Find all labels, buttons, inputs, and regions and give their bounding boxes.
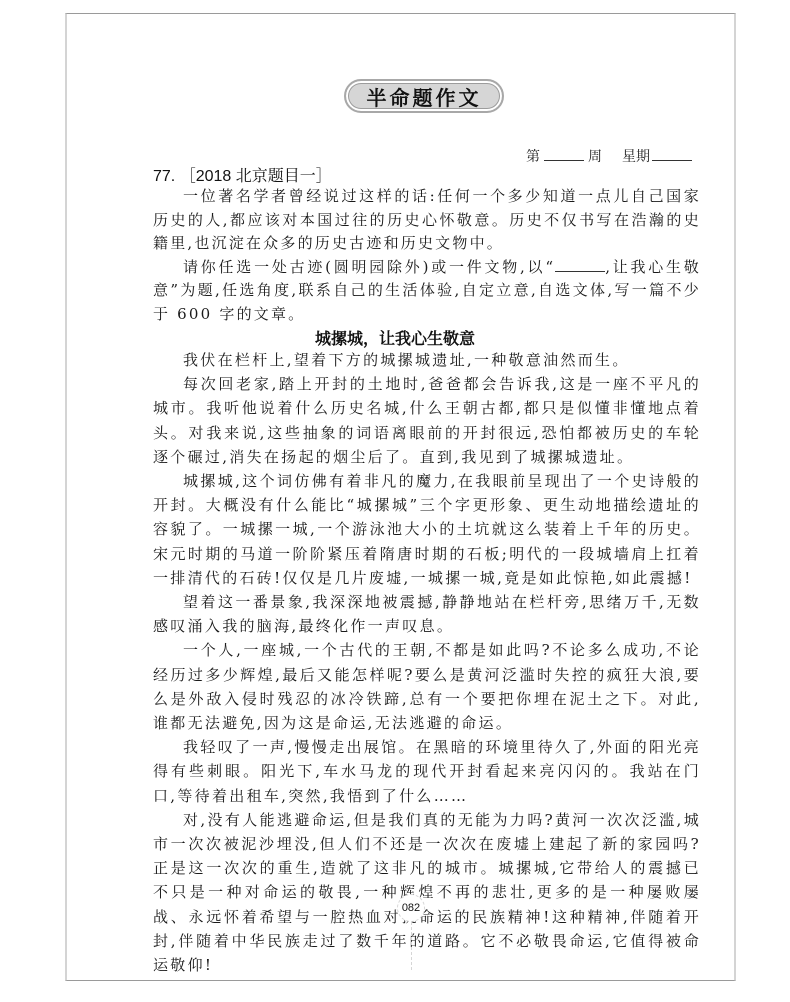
prompt-instructions-start: 请你任选一处古迹(圆明园除外)或一件文物,以“ [183,258,555,276]
question-prompt: 一位著名学者曾经说过这样的话:任何一个多少知道一点儿自己国家历史的人,都应该对本… [153,185,701,326]
week-blank [544,146,584,161]
essay-paragraph: 一个人,一座城,一个古代的王朝,不都是如此吗?不论多么成功,不论经历过多少辉煌,… [153,638,701,735]
essay-title: 城摞城，让我心生敬意 [0,326,790,349]
essay-paragraph: 我轻叹了一声,慢慢走出展馆。在黑暗的环境里待久了,外面的阳光亮得有些刺眼。阳光下… [153,735,701,808]
prompt-paragraph: 一位著名学者曾经说过这样的话:任何一个多少知道一点儿自己国家历史的人,都应该对本… [153,185,701,256]
page-number-stem [411,922,412,970]
essay-paragraph: 对,没有人能逃避命运,但是我们真的无能为力吗?黄河一次次泛滥,城市一次次被泥沙埋… [153,808,701,977]
essay-body: 我伏在栏杆上,望着下方的城摞城遗址,一种敬意油然而生。 每次回老家,踏上开封的土… [153,348,701,977]
page-number-badge: 082 [397,894,425,922]
weekday-label: 星期 [622,149,650,165]
question-header: 77. ［2018 北京题目一］ [153,163,332,186]
weekday-blank [652,146,692,161]
week-prefix: 第 [526,149,540,165]
essay-paragraph: 望着这一番景象,我深深地被震撼,静静地站在栏杆旁,思绪万千,无数感叹涌入我的脑海… [153,590,701,638]
essay-paragraph: 我伏在栏杆上,望着下方的城摞城遗址,一种敬意油然而生。 [153,348,701,372]
essay-paragraph: 每次回老家,踏上开封的土地时,爸爸都会告诉我,这是一座不平凡的城市。我听他说着什… [153,372,701,469]
section-title-badge: 半命题作文 [344,79,504,113]
essay-paragraph: 城摞城,这个词仿佛有着非凡的魔力,在我眼前呈现出了一个史诗般的开封。大概没有什么… [153,469,701,590]
week-suffix: 周 [588,149,602,165]
prompt-instructions: 请你任选一处古迹(圆明园除外)或一件文物,以“,让我心生敬意”为题,任选角度,联… [153,256,701,327]
title-blank [555,257,605,272]
week-day-fill-line: 第周星期 [526,146,706,166]
question-number: 77. [153,168,175,185]
section-title: 半命题作文 [367,82,482,111]
page-number: 082 [402,902,420,914]
question-source: ［2018 北京题目一］ [180,168,332,185]
